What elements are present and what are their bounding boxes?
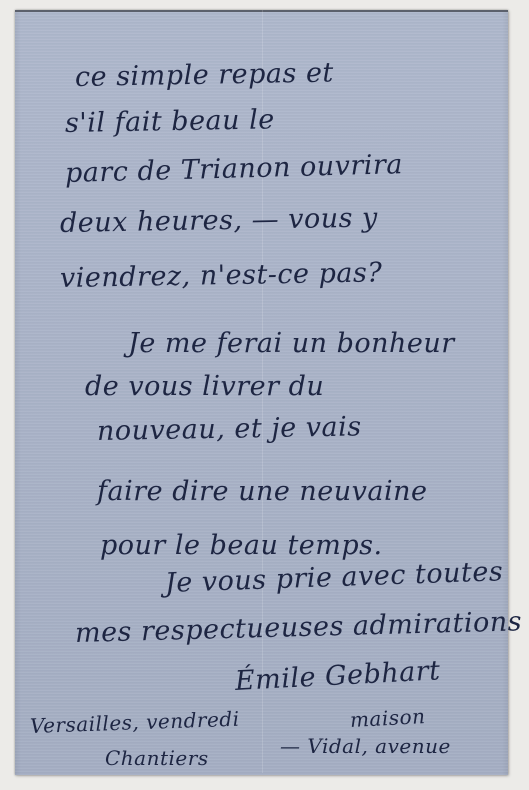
- letter-line-10: pour le beau temps.: [100, 532, 383, 559]
- postscript-address-line1: maison: [349, 706, 425, 730]
- letter-line-9: faire dire une neuvaine: [97, 478, 428, 505]
- letter-line-6: Je me ferai un bonheur: [128, 330, 455, 357]
- letter-line-7: de vous livrer du: [85, 373, 324, 400]
- postscript-address-line2: — Vidal, avenue: [280, 736, 451, 756]
- letter-line-2: s'il fait beau le: [65, 106, 275, 137]
- letter-line-8: nouveau, et je vais: [97, 413, 362, 445]
- postscript-place-line2: Chantiers: [105, 748, 209, 768]
- letter-line-4: deux heures, — vous y: [60, 204, 378, 237]
- letter-line-5: viendrez, n'est-ce pas?: [60, 259, 383, 292]
- letter-line-1: ce simple repas et: [75, 59, 334, 91]
